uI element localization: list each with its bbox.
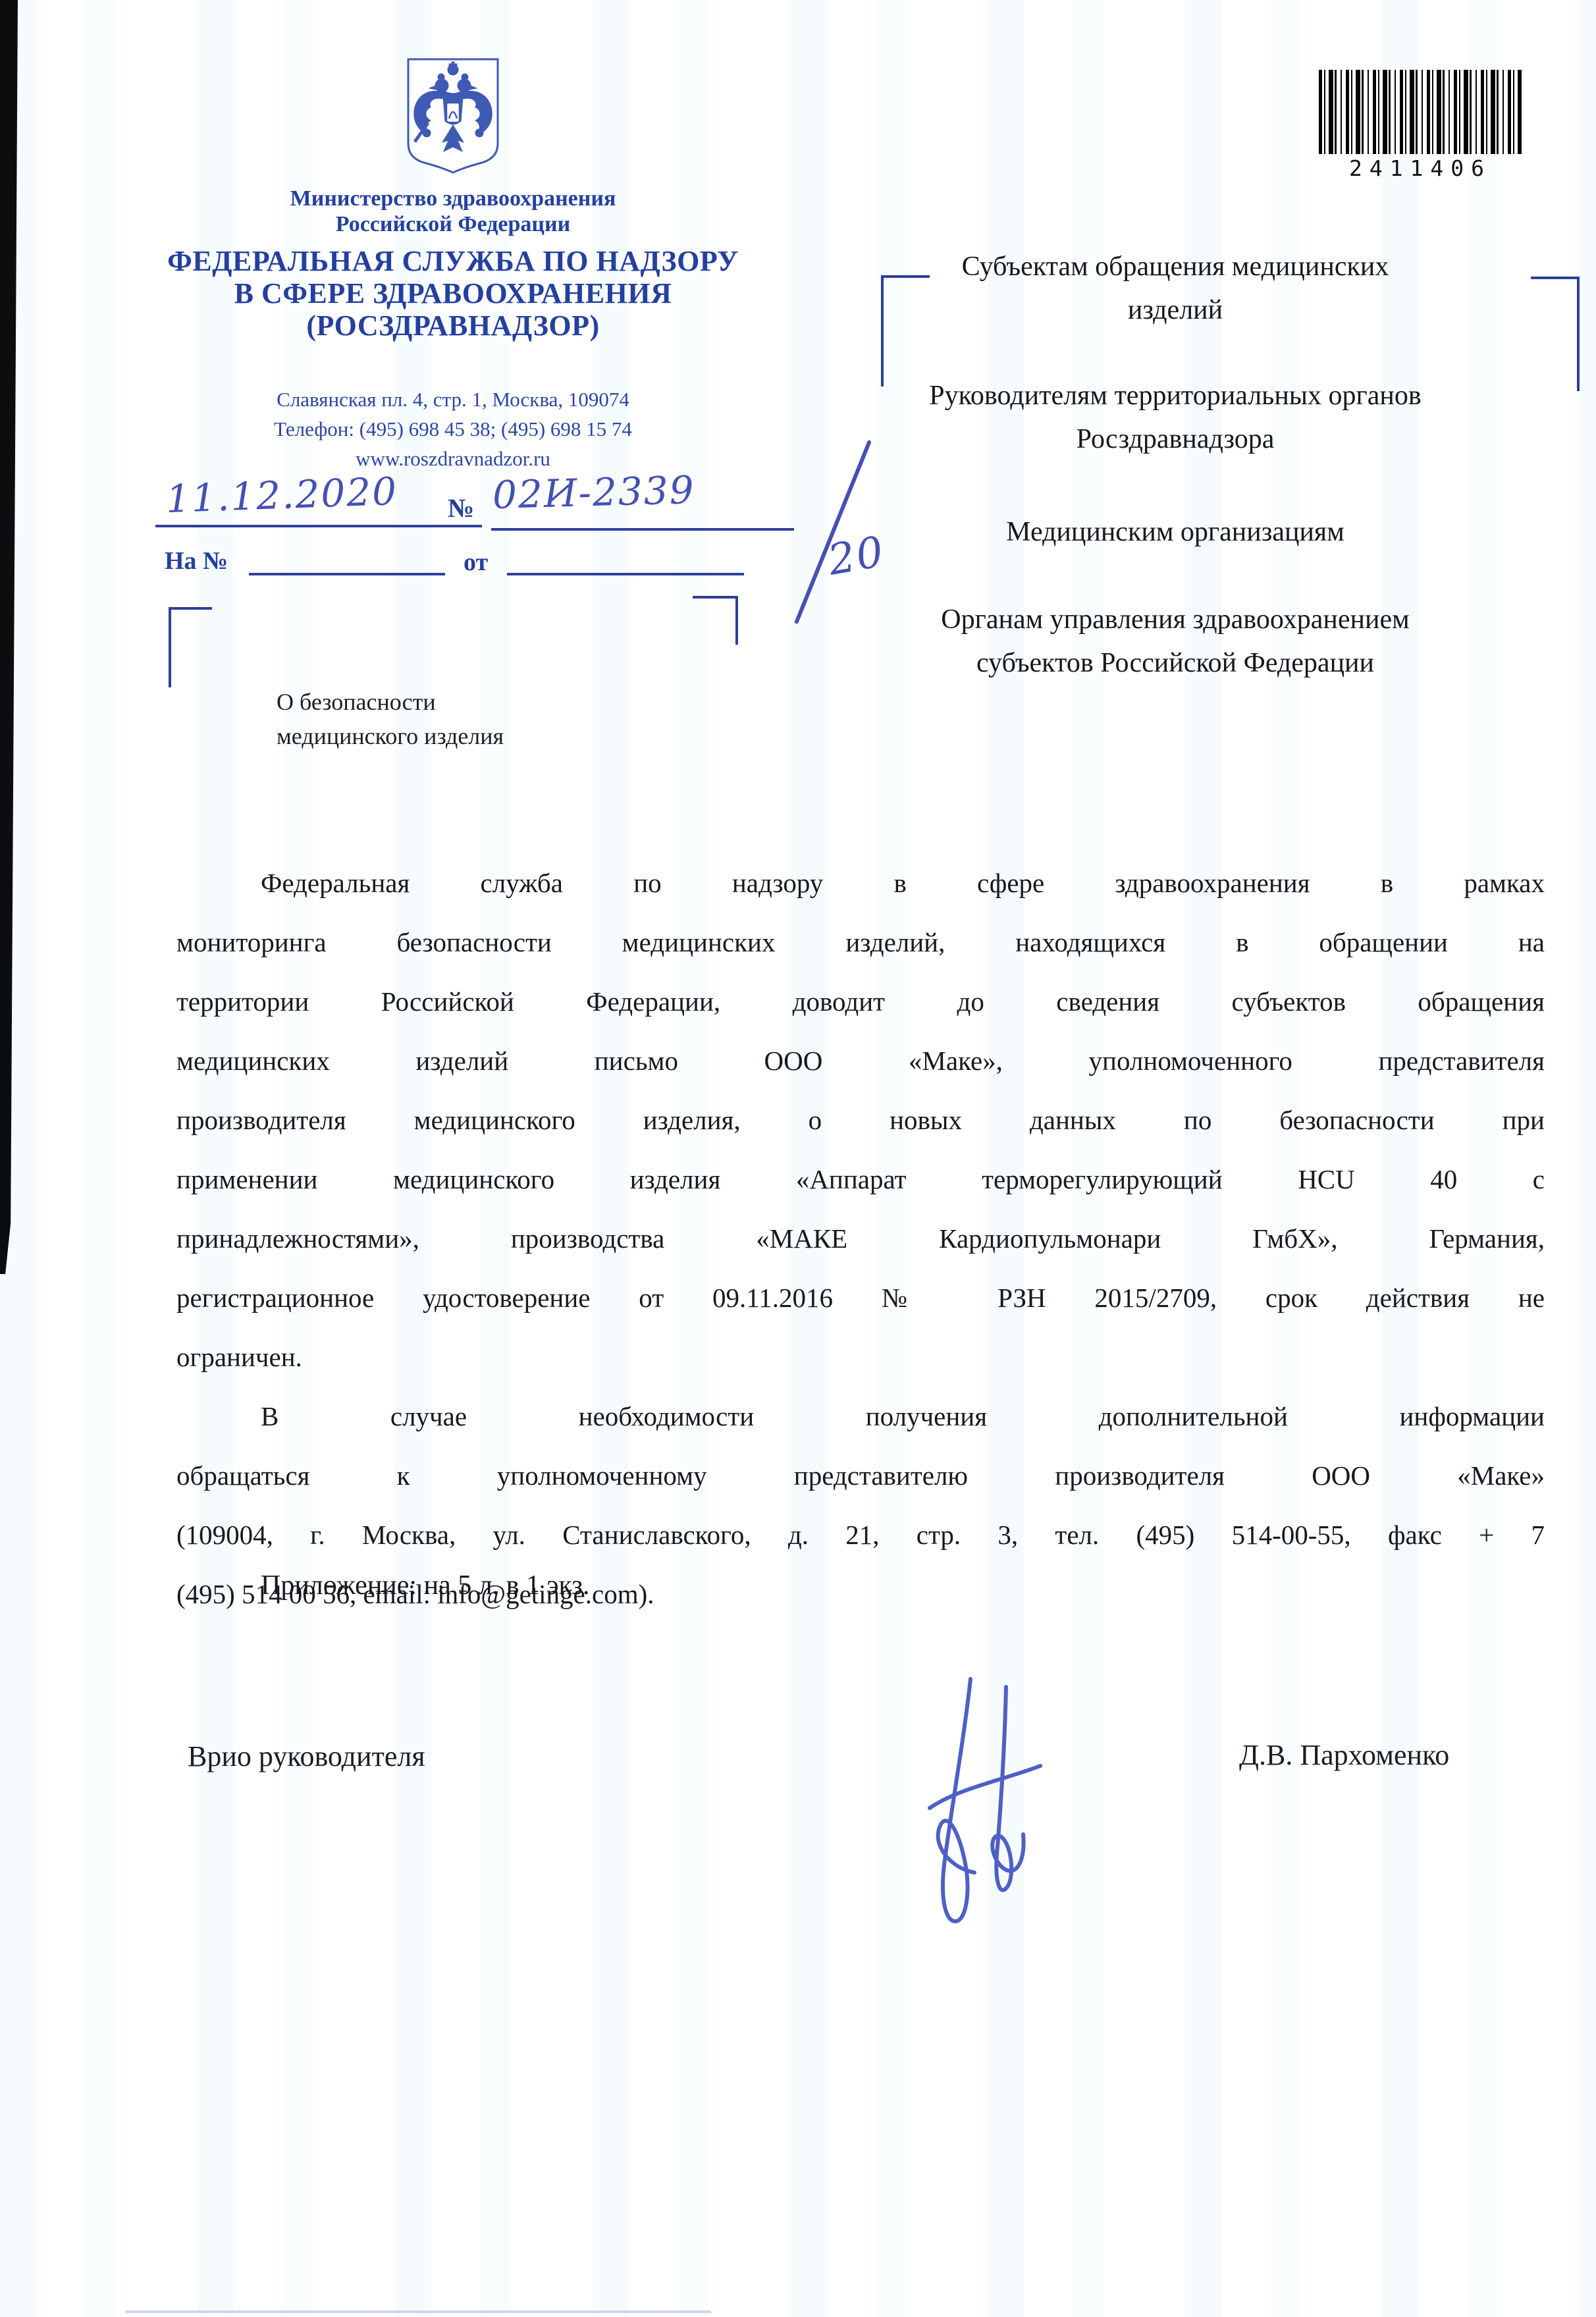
russia-coat-of-arms-icon bbox=[403, 55, 503, 175]
recipient-line: Органам управления здравоохранением bbox=[790, 598, 1560, 641]
recipient-line: Руководителям территориальных органов bbox=[790, 374, 1560, 417]
reply-from-date-label: от bbox=[464, 548, 488, 577]
left-scan-artifact-bar bbox=[0, 0, 18, 1274]
barcode: 2411406 bbox=[1319, 70, 1522, 183]
attachment-note: Приложение: на 5 л. в 1 экз. bbox=[261, 1570, 589, 1601]
barcode-bars bbox=[1319, 70, 1522, 154]
corner-bracket-subject-right bbox=[693, 596, 738, 645]
reply-number-blank-underline bbox=[249, 573, 445, 575]
subject-block: О безопасности медицинского изделия bbox=[277, 685, 504, 753]
recipient-group: Руководителям территориальных органов Ро… bbox=[790, 374, 1560, 461]
body-line: (109004, г. Москва, ул. Станиславского, … bbox=[176, 1505, 1545, 1564]
signer-name: Д.В. Пархоменко bbox=[1239, 1738, 1449, 1772]
subject-line2: медицинского изделия bbox=[277, 719, 504, 753]
number-sign: № bbox=[448, 493, 474, 523]
body-line: производителя медицинского изделия, о но… bbox=[176, 1090, 1545, 1150]
signer-position-title: Врио руководителя bbox=[188, 1740, 425, 1773]
body-line: территории Российской Федерации, доводит… bbox=[176, 972, 1545, 1031]
recipient-line: Субъектам обращения медицинских bbox=[790, 245, 1560, 288]
recipient-line: Росздравнадзора bbox=[790, 417, 1560, 461]
body-line: обращаться к уполномоченному представите… bbox=[176, 1446, 1545, 1505]
handwritten-signature bbox=[901, 1667, 1072, 1944]
recipient-group: Медицинским организациям bbox=[790, 510, 1560, 554]
handwritten-outgoing-number: 02И-2339 bbox=[492, 467, 695, 518]
recipient-line: субъектов Российской Федерации bbox=[790, 641, 1560, 685]
body-line: принадлежностями», производства «МАКЕ Ка… bbox=[176, 1209, 1545, 1268]
date-underline bbox=[155, 525, 482, 527]
handwritten-date: 11.12.2020 bbox=[165, 469, 398, 521]
scanned-letter-page: Министерство здравоохранения Российской … bbox=[0, 0, 1596, 2317]
body-line: ограничен. bbox=[176, 1327, 1545, 1387]
recipient-group: Органам управления здравоохранением субъ… bbox=[790, 598, 1560, 685]
body-line: регистрационное удостоверение от 09.11.2… bbox=[176, 1268, 1545, 1327]
reply-to-number-label: На № bbox=[165, 546, 228, 575]
bottom-scan-artifact-line bbox=[125, 2310, 711, 2313]
recipient-line: изделий bbox=[790, 288, 1560, 332]
ministry-name-line1: Министерство здравоохранения bbox=[145, 186, 761, 211]
reply-date-blank-underline bbox=[507, 573, 744, 575]
body-line: мониторинга безопасности медицинских изд… bbox=[176, 913, 1545, 972]
body-line: В случае необходимости получения дополни… bbox=[176, 1387, 1545, 1446]
body-line: применении медицинского изделия «Аппарат… bbox=[176, 1150, 1545, 1209]
corner-bracket-subject-left bbox=[169, 607, 212, 687]
barcode-number: 2411406 bbox=[1319, 155, 1522, 181]
service-name-line3: (РОСЗДРАВНАДЗОР) bbox=[145, 309, 761, 342]
service-name-line1: ФЕДЕРАЛЬНАЯ СЛУЖБА ПО НАДЗОРУ bbox=[145, 245, 761, 277]
letterhead-address: Славянская пл. 4, стр. 1, Москва, 109074 bbox=[145, 385, 761, 414]
service-name-line2: В СФЕРЕ ЗДРАВООХРАНЕНИЯ bbox=[145, 277, 761, 309]
body-line: Федеральная служба по надзору в сфере зд… bbox=[176, 853, 1545, 913]
letter-body: Федеральная служба по надзору в сфере зд… bbox=[176, 853, 1545, 1624]
body-line: медицинских изделий письмо ООО «Маке», у… bbox=[176, 1031, 1545, 1090]
ministry-name-line2: Российской Федерации bbox=[145, 211, 761, 237]
number-underline bbox=[491, 528, 794, 531]
letterhead-phone: Телефон: (495) 698 45 38; (495) 698 15 7… bbox=[145, 414, 761, 444]
recipient-group: Субъектам обращения медицинских изделий bbox=[790, 245, 1560, 332]
recipient-line: Медицинским организациям bbox=[790, 510, 1560, 554]
subject-line1: О безопасности bbox=[277, 685, 504, 719]
